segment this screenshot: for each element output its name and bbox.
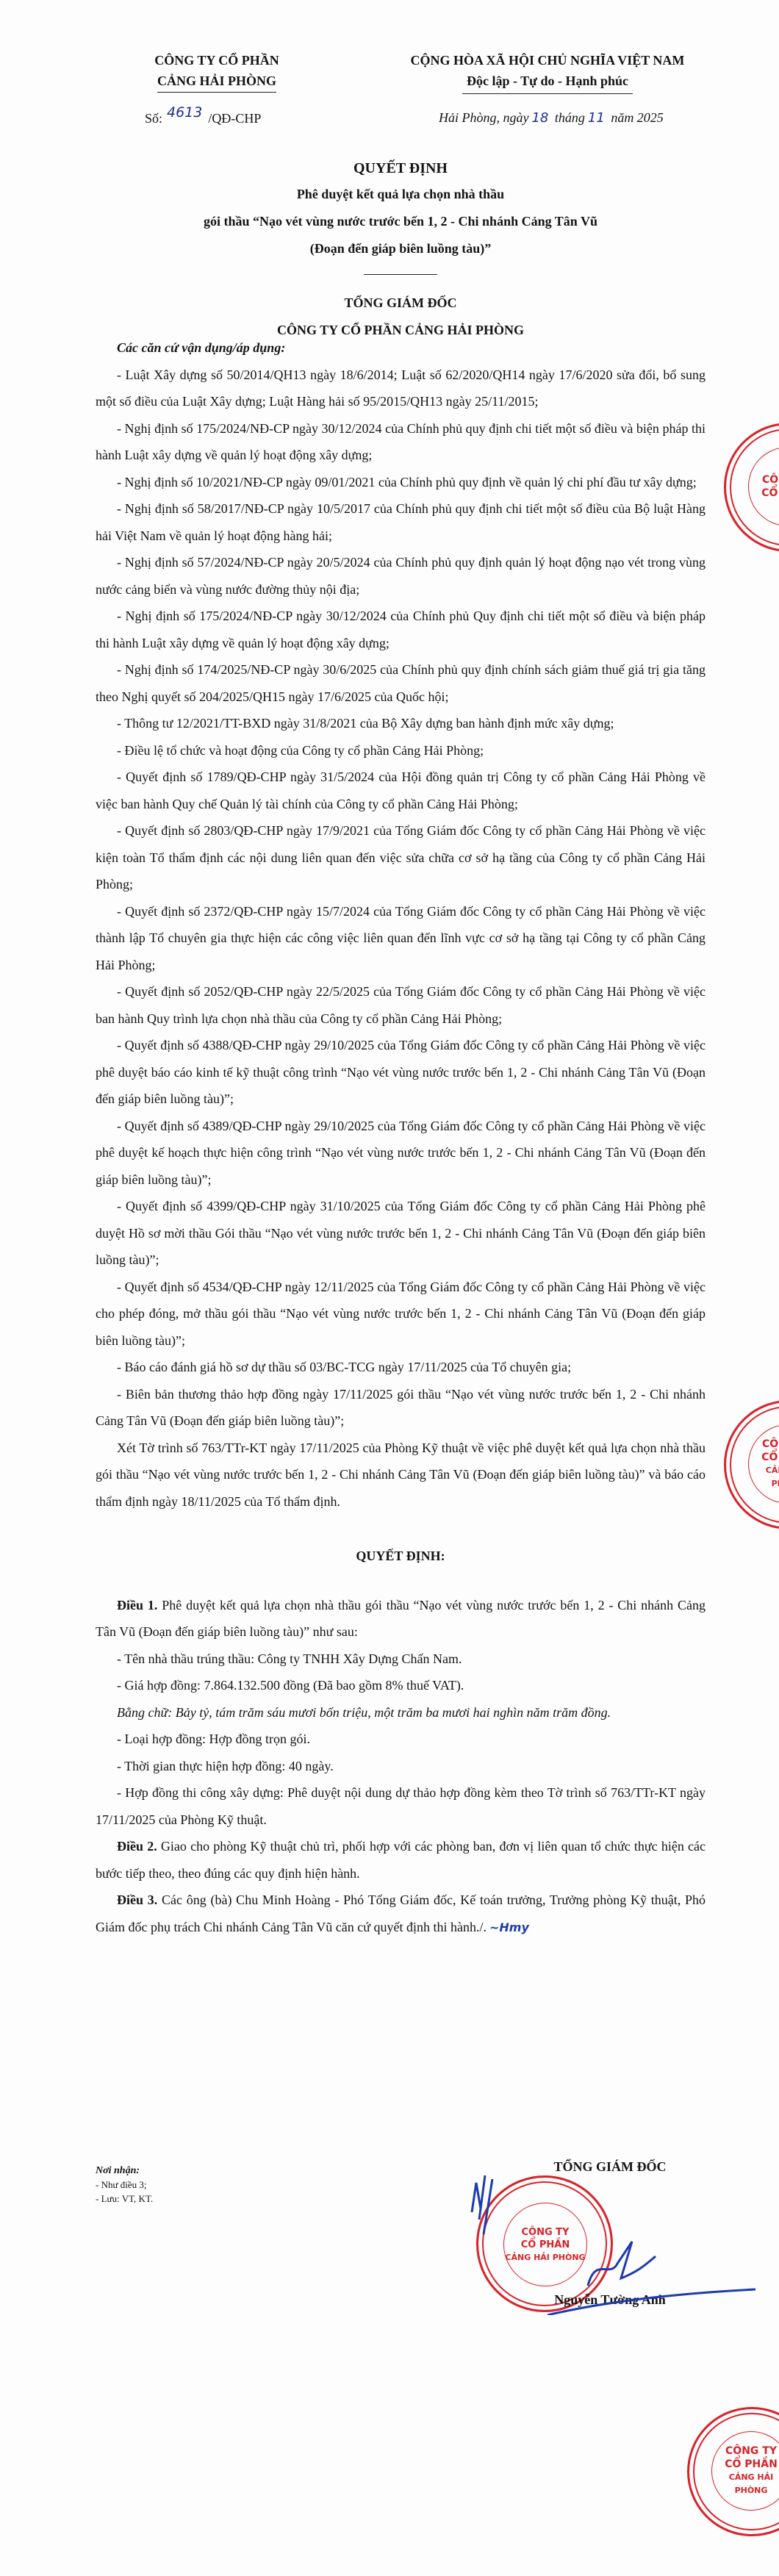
subject-line-2: gói thầu “Nạo vét vùng nước trước bến 1,… xyxy=(96,208,706,235)
legal-basis-item: - Thông tư 12/2021/TT-BXD ngày 31/8/2021… xyxy=(96,710,706,737)
legal-basis-item: - Điều lệ tổ chức và hoạt động của Công … xyxy=(96,737,706,764)
handwritten-day: 18 xyxy=(531,110,548,126)
legal-basis-item: - Luật Xây dựng số 50/2014/QH13 ngày 18/… xyxy=(96,362,706,415)
national-heading: CỘNG HÒA XÃ HỘI CHỦ NGHĨA VIỆT NAM Độc l… xyxy=(364,50,731,94)
seal-line-1: CÔNG TY xyxy=(749,1438,779,1451)
article-3-label: Điều 3. xyxy=(117,1892,157,1907)
seal-line-3: CẢNG HẢI PHÒNG xyxy=(712,2471,779,2497)
national-motto: Độc lập - Tự do - Hạnh phúc xyxy=(462,71,633,94)
article-1-text: Phê duyệt kết quả lựa chọn nhà thầu gói … xyxy=(96,1598,706,1640)
legal-basis-item: - Quyết định số 1789/QĐ-CHP ngày 31/5/20… xyxy=(96,764,706,817)
director-signature-icon xyxy=(463,2168,757,2315)
document-type-heading: QUYẾT ĐỊNH xyxy=(96,156,706,181)
title-block: QUYẾT ĐỊNH Phê duyệt kết quả lựa chọn nh… xyxy=(96,156,706,344)
duration-item: - Thời gian thực hiện hợp đồng: 40 ngày. xyxy=(96,1753,706,1780)
seal-line-2: CỔ PHẦN xyxy=(749,1451,779,1464)
construction-contract-item: - Hợp đồng thi công xây dựng: Phê duyệt … xyxy=(96,1779,706,1833)
seal-center-text: CÔNG TY CỔ PHẦN CẢNG HẢI PHÒNG xyxy=(711,2431,779,2511)
document-body: Các căn cứ vận dụng/áp dụng: - Luật Xây … xyxy=(96,334,706,1941)
legal-basis-intro: Các căn cứ vận dụng/áp dụng: xyxy=(96,334,706,362)
legal-basis-item: - Nghị định số 175/2024/NĐ-CP ngày 30/12… xyxy=(96,415,706,469)
contract-type-item: - Loại hợp đồng: Hợp đồng trọn gói. xyxy=(96,1726,706,1753)
decision-heading: QUYẾT ĐỊNH: xyxy=(96,1543,706,1570)
legal-basis-item: - Quyết định số 4534/QĐ-CHP ngày 12/11/2… xyxy=(96,1274,706,1355)
legal-basis-item: - Quyết định số 4399/QĐ-CHP ngày 31/10/2… xyxy=(96,1193,706,1274)
legal-basis-item: - Quyết định số 4389/QĐ-CHP ngày 29/10/2… xyxy=(96,1113,706,1194)
legal-basis-item: - Báo cáo đánh giá hồ sơ dự thầu số 03/B… xyxy=(96,1354,706,1381)
recipients-label: Nơi nhận: xyxy=(96,2164,153,2178)
seal-line-2: CỔ PHẦN xyxy=(749,487,779,500)
legal-basis-item: - Quyết định số 4388/QĐ-CHP ngày 29/10/2… xyxy=(96,1032,706,1113)
recipient-item: - Như điều 3; xyxy=(96,2178,153,2192)
margin-seal-stamp: CÔNG TY CỔ PHẦN xyxy=(724,423,779,552)
subject-line-1: Phê duyệt kết quả lựa chọn nhà thầu xyxy=(96,181,706,208)
legal-basis-item: - Nghị định số 175/2024/NĐ-CP ngày 30/12… xyxy=(96,603,706,656)
legal-basis-item: - Nghị định số 57/2024/NĐ-CP ngày 20/5/2… xyxy=(96,549,706,603)
legal-basis-item: - Nghị định số 58/2017/NĐ-CP ngày 10/5/2… xyxy=(96,495,706,549)
seal-line-1: CÔNG TY xyxy=(749,473,779,487)
price-item: - Giá hợp đồng: 7.864.132.500 đồng (Đã b… xyxy=(96,1672,706,1699)
document-date: Hải Phòng, ngày18 tháng11 năm 2025 xyxy=(439,110,664,126)
legal-basis-item: - Nghị định số 10/2021/NĐ-CP ngày 09/01/… xyxy=(96,469,706,496)
date-prefix: Hải Phòng, ngày xyxy=(439,110,528,125)
legal-basis-list: - Luật Xây dựng số 50/2014/QH13 ngày 18/… xyxy=(96,362,706,1435)
seal-center-text: CÔNG TY CỔ PHẦN xyxy=(748,447,779,526)
recipients-block: Nơi nhận: - Như điều 3; - Lưu: VT, KT. xyxy=(96,2164,153,2206)
article-2-label: Điều 2. xyxy=(117,1839,157,1854)
article-2: Điều 2. Giao cho phòng Kỹ thuật chủ trì,… xyxy=(96,1833,706,1887)
document-number: Số:4613/QĐ-CHP xyxy=(145,110,261,126)
price-in-words: Bằng chữ: Bảy tỷ, tám trăm sáu mươi bốn … xyxy=(96,1699,706,1726)
seal-line-3: CẢNG HẢI PHÒNG xyxy=(749,1464,779,1490)
recipient-item: - Lưu: VT, KT. xyxy=(96,2192,153,2206)
seal-center-text: CÔNG TY CỔ PHẦN CẢNG HẢI PHÒNG xyxy=(748,1424,779,1504)
decision-document: CÔNG TY CỔ PHẦN CẢNG HẢI PHÒNG CỘNG HÒA … xyxy=(0,0,779,2576)
doc-no-label: Số: xyxy=(145,111,162,126)
legal-basis-item: - Biên bản thương thảo hợp đồng ngày 17/… xyxy=(96,1381,706,1435)
article-1-label: Điều 1. xyxy=(117,1598,157,1612)
legal-basis-item: - Nghị định số 174/2025/NĐ-CP ngày 30/6/… xyxy=(96,656,706,710)
handwritten-doc-number: 4613 xyxy=(167,104,202,121)
title-divider xyxy=(364,274,437,275)
consideration-paragraph: Xét Tờ trình số 763/TTr-KT ngày 17/11/20… xyxy=(96,1435,706,1515)
issuing-organization: CÔNG TY CỔ PHẦN CẢNG HẢI PHÒNG xyxy=(129,50,305,93)
org-line-1: CÔNG TY CỔ PHẦN xyxy=(129,50,305,71)
nation-name: CỘNG HÒA XÃ HỘI CHỦ NGHĨA VIỆT NAM xyxy=(364,50,731,71)
legal-basis-item: - Quyết định số 2372/QĐ-CHP ngày 15/7/20… xyxy=(96,898,706,979)
initials-signature-icon: ~Hmy xyxy=(489,1920,529,1934)
subject-line-3: (Đoạn đến giáp biên luồng tàu)” xyxy=(96,235,706,262)
legal-basis-item: - Quyết định số 2052/QĐ-CHP ngày 22/5/20… xyxy=(96,978,706,1032)
legal-basis-item: - Quyết định số 2803/QĐ-CHP ngày 17/9/20… xyxy=(96,817,706,898)
doc-no-suffix: /QĐ-CHP xyxy=(208,111,261,126)
article-1: Điều 1. Phê duyệt kết quả lựa chọn nhà t… xyxy=(96,1592,706,1646)
org-line-2: CẢNG HẢI PHÒNG xyxy=(157,71,276,93)
date-year: năm 2025 xyxy=(611,110,664,125)
handwritten-month: 11 xyxy=(588,110,605,126)
date-month-label: tháng xyxy=(555,110,585,125)
article-3-text: Các ông (bà) Chu Minh Hoàng - Phó Tổng G… xyxy=(96,1892,706,1934)
authority-line-1: TỔNG GIÁM ĐỐC xyxy=(96,290,706,317)
margin-seal-stamp: CÔNG TY CỔ PHẦN CẢNG HẢI PHÒNG xyxy=(687,2407,779,2536)
margin-seal-stamp: CÔNG TY CỔ PHẦN CẢNG HẢI PHÒNG xyxy=(724,1400,779,1529)
seal-line-1: CÔNG TY xyxy=(712,2444,779,2458)
article-3: Điều 3. Các ông (bà) Chu Minh Hoàng - Ph… xyxy=(96,1887,706,1941)
seal-line-2: CỔ PHẦN xyxy=(712,2458,779,2471)
winner-item: - Tên nhà thầu trúng thầu: Công ty TNHH … xyxy=(96,1646,706,1673)
article-2-text: Giao cho phòng Kỹ thuật chủ trì, phối hợ… xyxy=(96,1839,706,1881)
